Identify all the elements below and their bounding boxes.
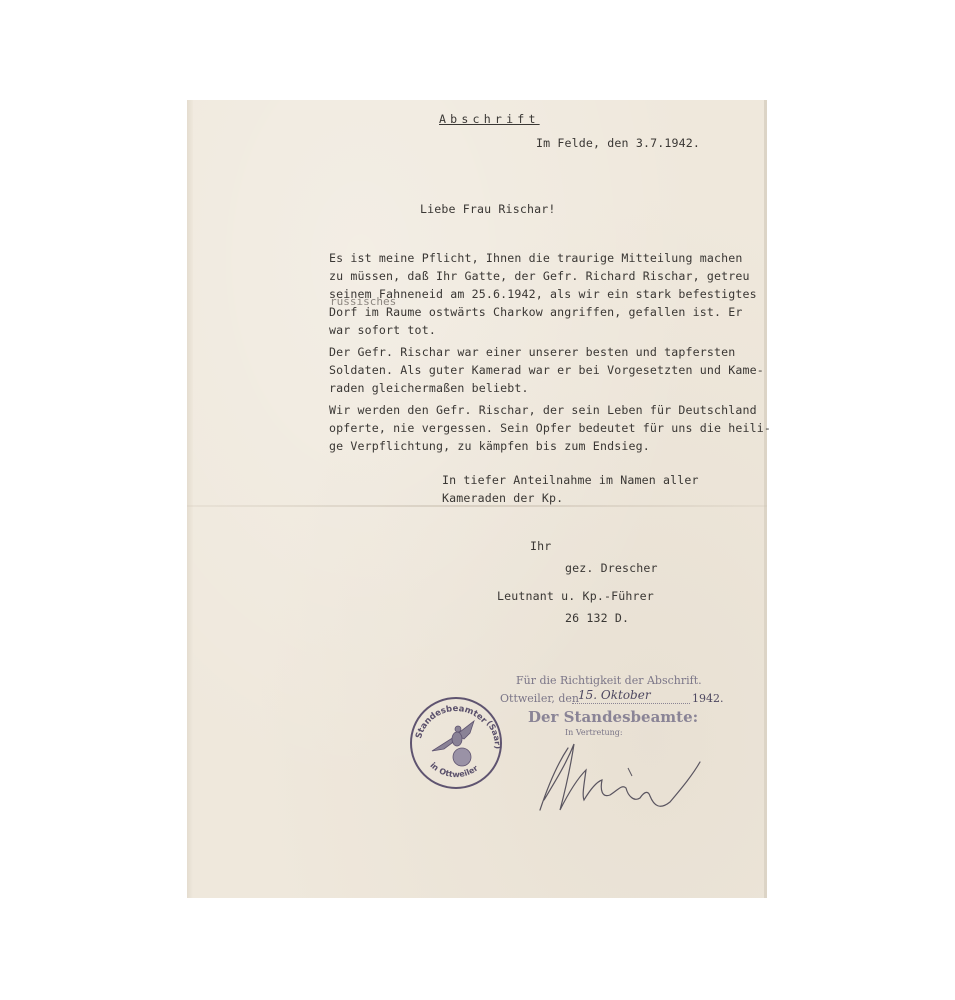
text-line: Soldaten. Als guter Kamerad war er bei V… <box>329 363 764 377</box>
date-dotted-line <box>572 703 690 704</box>
closing-line: In tiefer Anteilnahme im Namen aller <box>442 473 699 487</box>
text-line: Dorf im Raume ostwärts Charkow angriffen… <box>329 305 743 319</box>
closing-line: Kameraden der Kp. <box>442 491 563 505</box>
text-line: opferte, nie vergessen. Sein Opfer bedeu… <box>329 421 771 435</box>
document-title: Abschrift <box>439 112 540 126</box>
text-line: war sofort tot. <box>329 323 436 337</box>
signoff: Ihr <box>530 539 551 553</box>
eagle-emblem-icon <box>432 721 474 766</box>
paper-edge <box>187 100 193 898</box>
certification-line: Für die Richtigkeit der Abschrift. <box>516 674 702 687</box>
handwritten-signature <box>530 740 710 825</box>
text-line: raden gleichermaßen beliebt. <box>329 381 529 395</box>
text-line: Wir werden den Gefr. Rischar, der sein L… <box>329 403 757 417</box>
text-line: Der Gefr. Rischar war einer unserer best… <box>329 345 735 359</box>
handwritten-date: 15. Oktober <box>578 688 651 702</box>
salutation: Liebe Frau Rischar! <box>420 202 555 216</box>
certification-year: 1942. <box>692 692 724 705</box>
rank: Leutnant u. Kp.-Führer <box>497 589 654 603</box>
place-date: Im Felde, den 3.7.1942. <box>536 136 700 150</box>
certification-place: Ottweiler, den <box>500 692 579 705</box>
text-line: ge Verpflichtung, zu kämpfen bis zum End… <box>329 439 650 453</box>
deputy-label: In Vertretung: <box>565 728 623 737</box>
signed-by: gez. Drescher <box>565 561 658 575</box>
seal-bottom-text: in Ottweiler <box>428 761 479 779</box>
office-title: Der Standesbeamte: <box>528 708 698 726</box>
official-seal: Standesbeamter (Saar) in Ottweiler <box>408 695 508 795</box>
unit-number: 26 132 D. <box>565 611 629 625</box>
paper-fold <box>187 505 767 507</box>
text-line: zu müssen, daß Ihr Gatte, der Gefr. Rich… <box>329 269 750 283</box>
text-line: Es ist meine Pflicht, Ihnen die traurige… <box>329 251 743 265</box>
